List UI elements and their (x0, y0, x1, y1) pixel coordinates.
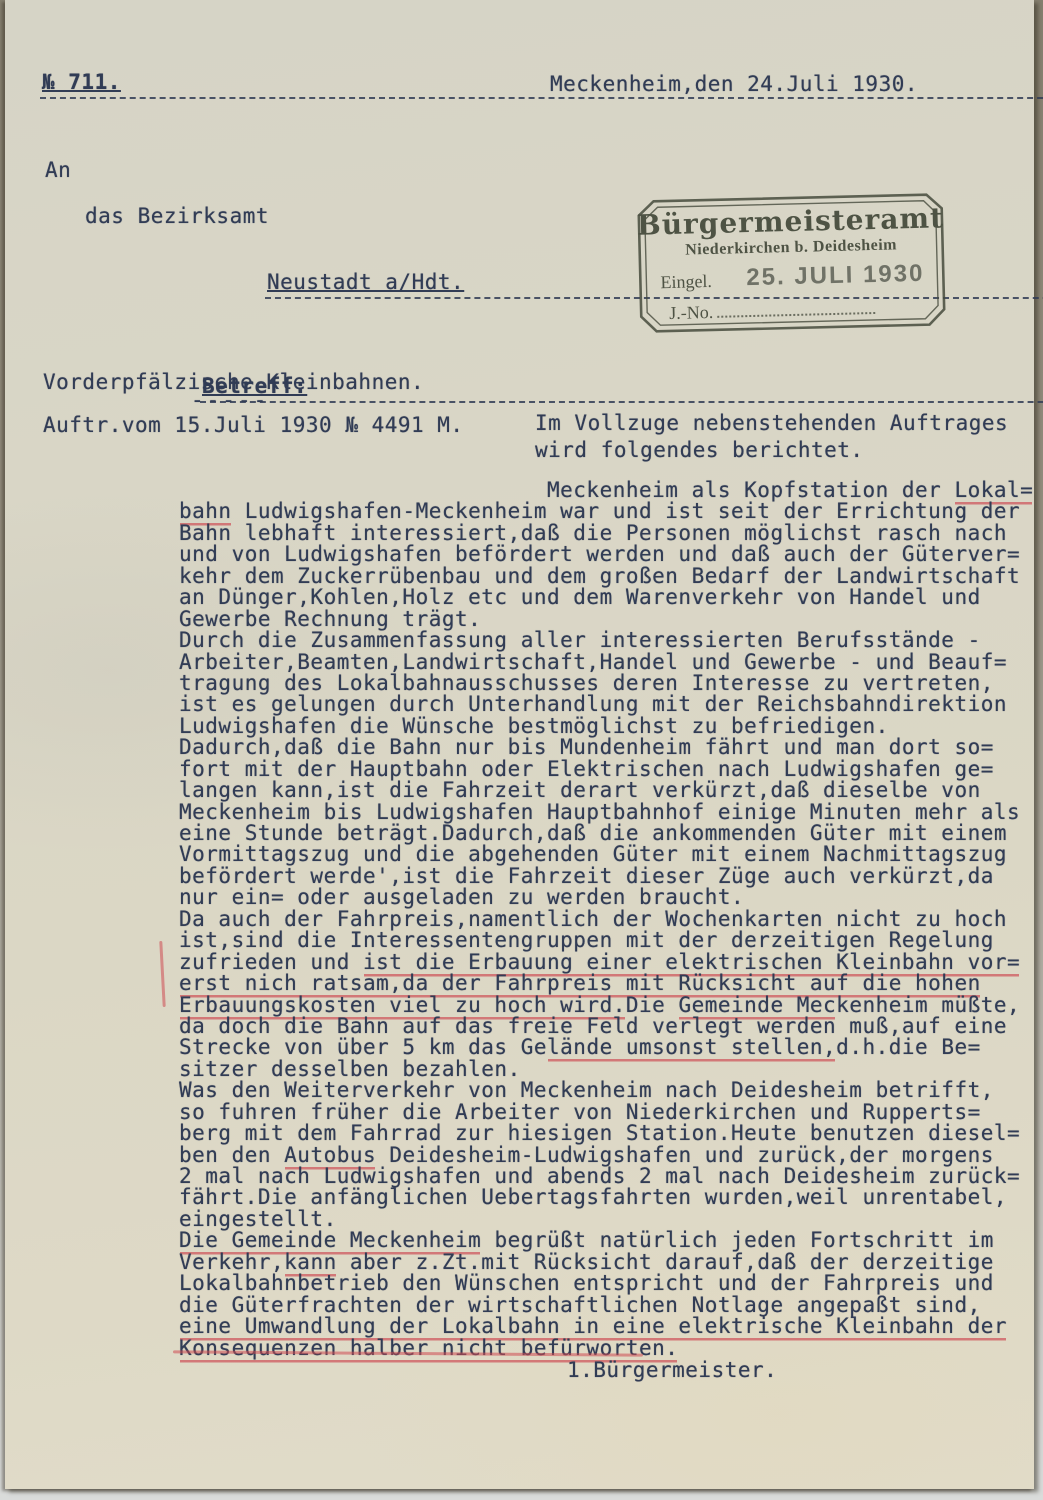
body-line: ben den Autobus Deidesheim-Ludwigshafen … (179, 1145, 1039, 1166)
red-underlined-text: Autobus (284, 1143, 376, 1167)
body-line: eingestellt. (179, 1209, 1039, 1230)
body-line: und von Ludwigshafen befördert werden un… (179, 544, 1039, 565)
letter-paper: № 711. Meckenheim,den 24.Juli 1930. An d… (5, 0, 1034, 1489)
body-line: nur ein= oder ausgeladen zu werden brauc… (179, 887, 1039, 908)
body-line: Dadurch,daß die Bahn nur bis Mundenheim … (179, 737, 1039, 758)
body-line: Durch die Zusammenfassung aller interess… (179, 630, 1039, 651)
body-line: Bahn lebhaft interessiert,daß die Person… (179, 523, 1039, 544)
body-line: Lokalbahnbetrieb den Wünschen entspricht… (179, 1273, 1039, 1294)
red-underlined-text: Gemeinde Mec (678, 993, 836, 1017)
body-line: eine Stunde beträgt.Dadurch,daß die anko… (179, 823, 1039, 844)
body-line: Meckenheim als Kopfstation der Lokal= (179, 480, 1039, 501)
body-line: Meckenheim bis Ludwigshafen Hauptbahnhof… (179, 802, 1039, 823)
body-line: Verkehr,kann aber z.Zt.mit Rücksicht dar… (179, 1252, 1039, 1273)
stamp-journal-text: J.-No. (669, 302, 713, 323)
body-line: sitzer desselben bezahlen. (179, 1059, 1039, 1080)
body-line: die Güterfrachten der wirtschaftlichen N… (179, 1295, 1039, 1316)
red-underlined-text: Erbauungskosten viel zu hoch wird. (179, 993, 626, 1017)
body-line: eine Umwandlung der Lokalbahn in eine el… (179, 1316, 1039, 1337)
body-line: ist,sind die Interessentengruppen mit de… (179, 930, 1039, 951)
body-line: Ludwigshafen die Wünsche bestmöglichst z… (179, 716, 1039, 737)
order-reference: Auftr.vom 15.Juli 1930 № 4491 M. (43, 413, 464, 437)
body-line: fort mit der Hauptbahn oder Elektrischen… (179, 759, 1039, 780)
stamp-received-date: 25. JULI 1930 (746, 260, 925, 292)
body-line: berg mit dem Fahrrad zur hiesigen Statio… (179, 1123, 1039, 1144)
report-intro-line-2: wird folgendes berichtet. (535, 438, 864, 462)
dateline: Meckenheim,den 24.Juli 1930. (550, 72, 918, 96)
body-line: Gewerbe Rechnung trägt. (179, 609, 1039, 630)
body-line: fährt.Die anfänglichen Uebertagsfahrten … (179, 1187, 1039, 1208)
signature: 1.Bürgermeister. (567, 1358, 777, 1382)
body-line: Strecke von über 5 km das Gelände umsons… (179, 1037, 1039, 1058)
body-line: an Dünger,Kohlen,Holz etc und dem Warenv… (179, 587, 1039, 608)
red-underlined-text: kann (284, 1250, 337, 1274)
body-text: Meckenheim als Kopfstation der Lokal=bah… (179, 480, 1039, 1359)
document-photo: № 711. Meckenheim,den 24.Juli 1930. An d… (0, 0, 1043, 1500)
body-line: Arbeiter,Beamten,Landwirtschaft,Handel u… (179, 652, 1039, 673)
body-line: tragung des Lokalbahnausschusses deren I… (179, 673, 1039, 694)
body-line: bahn Ludwigshafen-Meckenheim war und ist… (179, 501, 1039, 522)
red-underlined-text: erst nich ratsam,da der Fahrpreis mit Rü… (179, 971, 981, 995)
receipt-stamp: Bürgermeisteramt Niederkirchen b. Deides… (636, 192, 946, 333)
subject-dashes: ----- (191, 388, 269, 412)
body-line: Erbauungskosten viel zu hoch wird.Die Ge… (179, 995, 1039, 1016)
red-underlined-text: Die Gemeinde Meckenheim (179, 1228, 481, 1252)
red-underlined-text: eine Umwandlung der Lokalbahn in eine el… (179, 1314, 1007, 1338)
body-line: da doch die Bahn auf das freie Feld verl… (179, 1016, 1039, 1037)
body-line: so fuhren früher die Arbeiter von Nieder… (179, 1102, 1039, 1123)
stamp-journal-dotted-line (717, 312, 875, 318)
body-line: zufrieden und ist die Erbauung einer ele… (179, 952, 1039, 973)
body-line: ist es gelungen durch Unterhandlung mit … (179, 694, 1039, 715)
red-underlined-text: bahn (179, 499, 232, 523)
body-line: Was den Weiterverkehr von Meckenheim nac… (179, 1080, 1039, 1101)
salutation: An (45, 158, 71, 182)
red-underlined-text: Lokal= (954, 478, 1033, 502)
recipient-line-1: das Bezirksamt (85, 204, 269, 228)
body-line: Vormittagszug und die abgehenden Güter m… (179, 844, 1039, 865)
red-underlined-text: ist die Erbauung einer elektrischen Klei… (363, 950, 1020, 974)
body-line: 2 mal nach Ludwigshafen und abends 2 mal… (179, 1166, 1039, 1187)
body-line: Da auch der Fahrpreis,namentlich der Woc… (179, 909, 1039, 930)
body-line: erst nich ratsam,da der Fahrpreis mit Rü… (179, 973, 1039, 994)
stamp-received-label: Eingel. (660, 271, 712, 293)
report-intro-line-1: Im Vollzuge nebenstehenden Auftrages (535, 411, 1008, 435)
body-line: kehr dem Zuckerrübenbau und dem großen B… (179, 566, 1039, 587)
red-underlined-text: lände umsonst stellen, (547, 1035, 836, 1059)
body-line: langen kann,ist die Fahrzeit derart verk… (179, 780, 1039, 801)
body-line: Die Gemeinde Meckenheim begrüßt natürlic… (179, 1230, 1039, 1251)
body-line: befördert werde',ist die Fahrzeit dieser… (179, 866, 1039, 887)
red-pencil-margin-line (159, 941, 165, 1007)
